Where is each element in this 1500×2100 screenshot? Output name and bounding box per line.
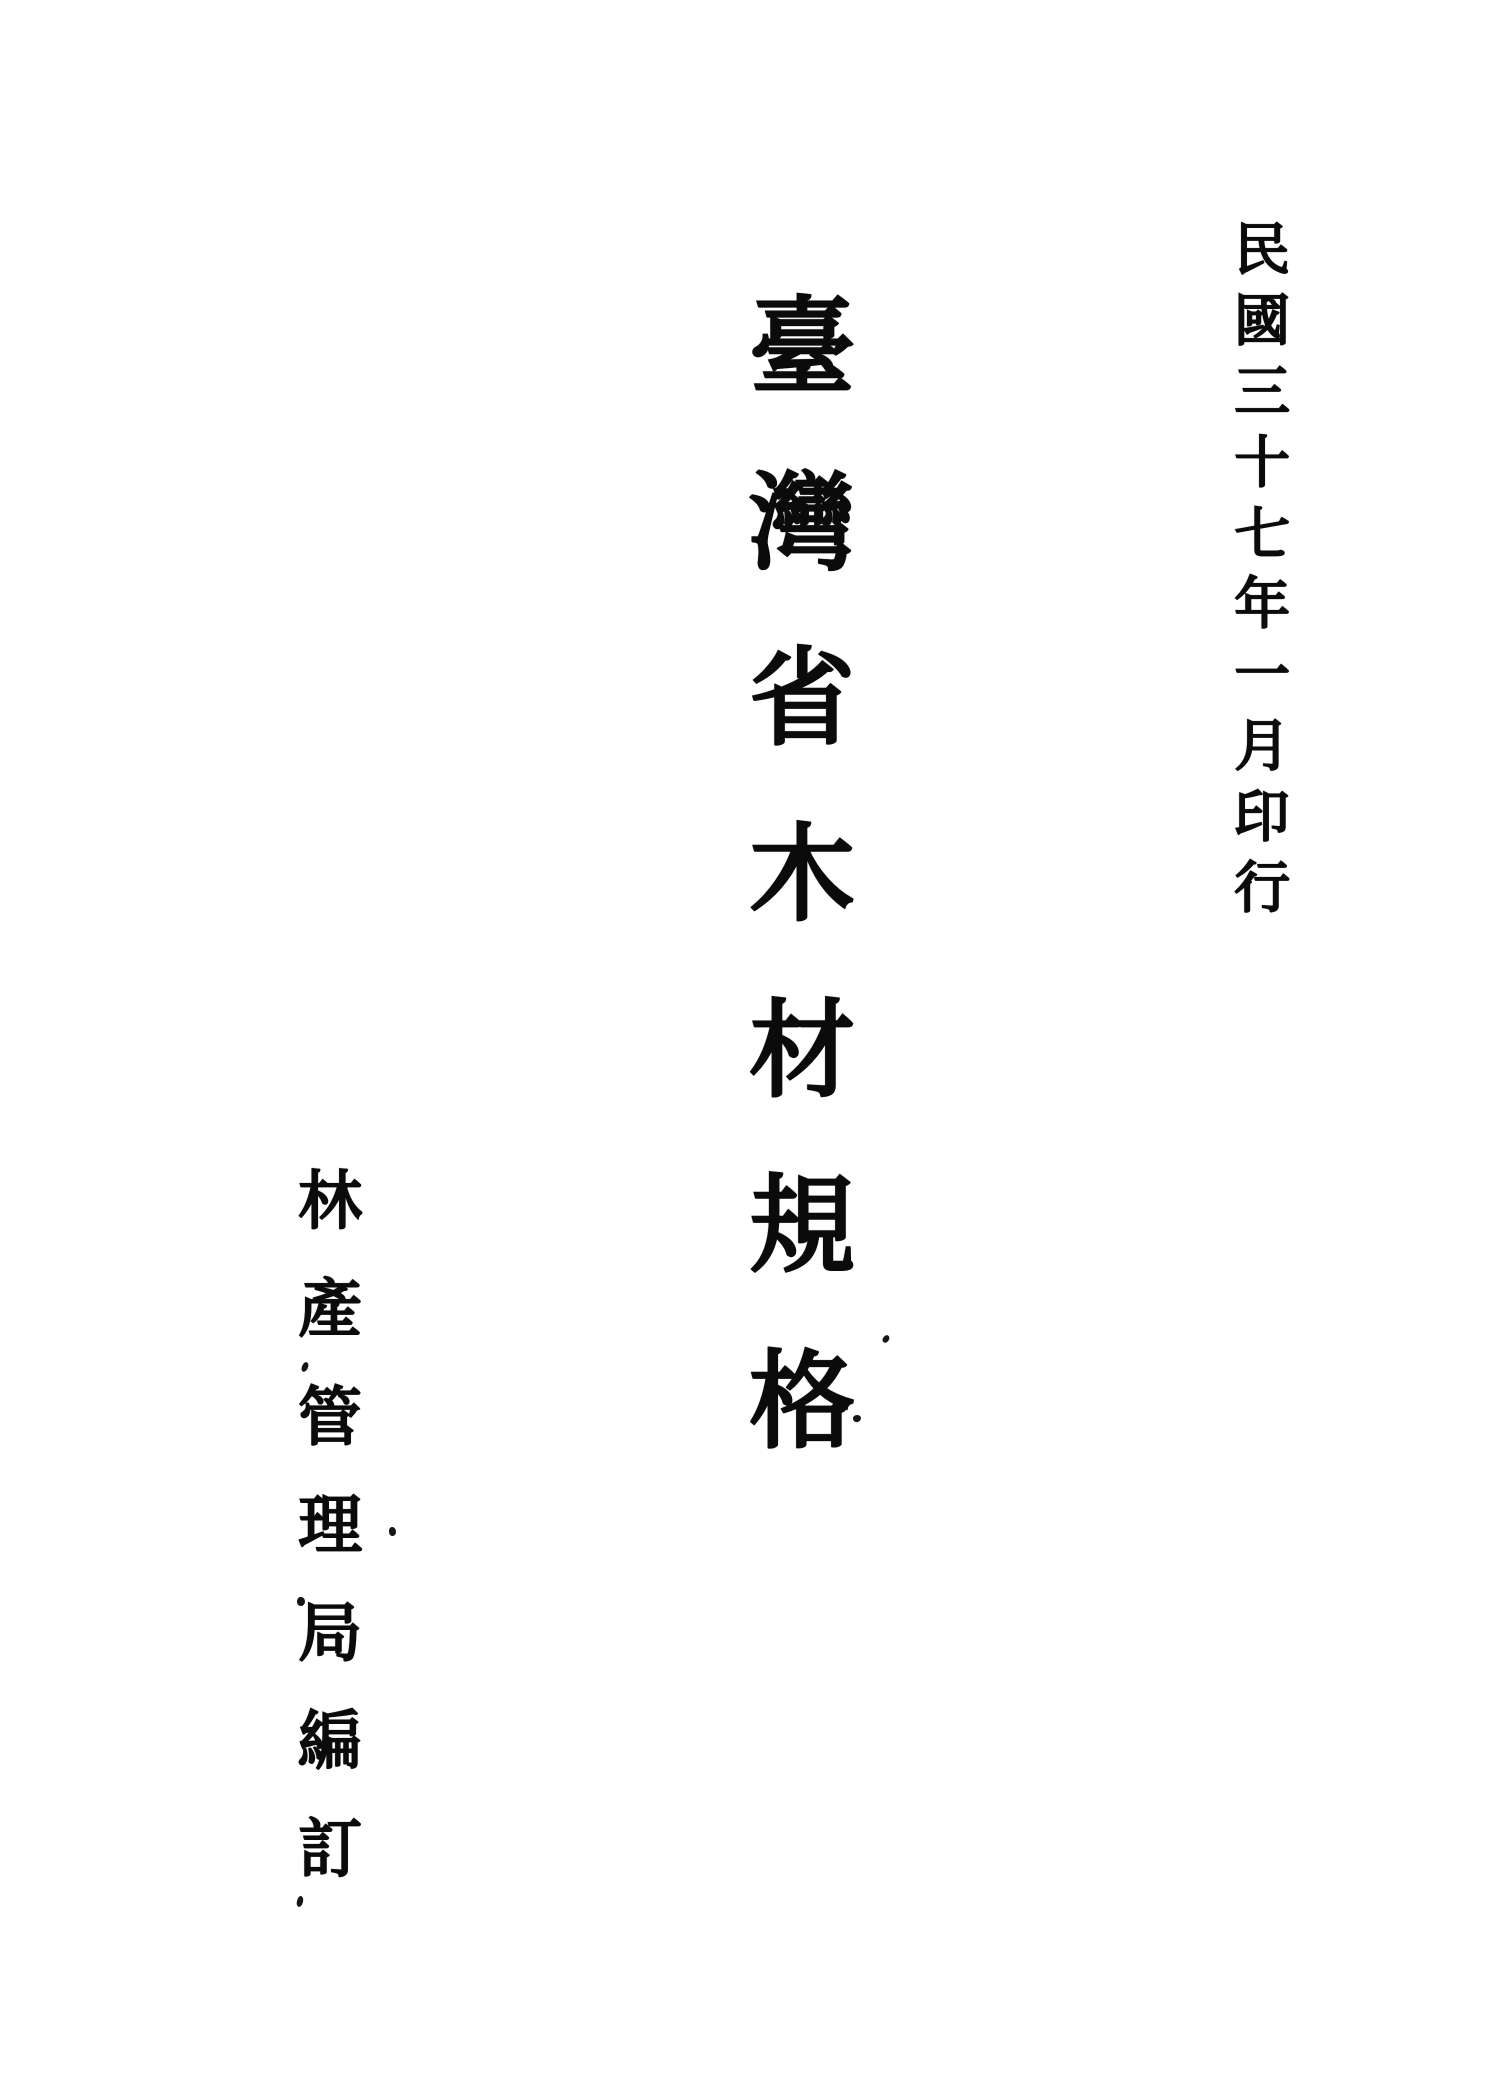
publication-date-column-char-5: 七 bbox=[1234, 507, 1290, 563]
publisher-column-char-1: 林 bbox=[298, 1170, 362, 1234]
publication-date-column-char-4: 十 bbox=[1234, 436, 1290, 492]
book-title-column-char-1: 臺 bbox=[749, 296, 855, 402]
publication-date-column-char-7: 一 bbox=[1234, 648, 1290, 704]
publication-date-column-char-9: 印 bbox=[1234, 790, 1290, 846]
book-title-column-char-4: 木 bbox=[749, 823, 855, 929]
publication-date-column-char-2: 國 bbox=[1234, 294, 1290, 350]
scan-speck-4 bbox=[389, 1527, 396, 1536]
publication-date-column: 民國三十七年一月印行 bbox=[1222, 223, 1302, 917]
publisher-column-char-3: 管 bbox=[298, 1386, 362, 1450]
publisher-column-char-4: 理 bbox=[298, 1494, 362, 1558]
book-title-column-char-7: 格 bbox=[749, 1350, 855, 1456]
publisher-column-char-6: 編 bbox=[298, 1710, 362, 1774]
scan-speck-1 bbox=[881, 1334, 891, 1344]
book-title-column-char-6: 規 bbox=[749, 1174, 855, 1280]
publication-date-column-char-1: 民 bbox=[1234, 223, 1290, 279]
publisher-column-char-5: 局 bbox=[298, 1602, 362, 1666]
book-title-column-char-2: 灣 bbox=[749, 472, 855, 578]
publisher-column-char-2: 產 bbox=[298, 1278, 362, 1342]
book-title-column-char-3: 省 bbox=[749, 647, 855, 753]
book-title-column-char-5: 材 bbox=[749, 999, 855, 1105]
publication-date-column-char-10: 行 bbox=[1234, 861, 1290, 917]
publication-date-column-char-6: 年 bbox=[1234, 577, 1290, 633]
scanned-page: 臺灣省木材規格 民國三十七年一月印行 林產管理局編訂 bbox=[0, 0, 1500, 2100]
book-title-column: 臺灣省木材規格 bbox=[742, 296, 862, 1456]
publisher-column-char-7: 訂 bbox=[298, 1818, 362, 1882]
publication-date-column-char-3: 三 bbox=[1234, 365, 1290, 421]
scan-speck-6 bbox=[296, 1895, 305, 1907]
publication-date-column-char-8: 月 bbox=[1234, 719, 1290, 775]
publisher-column: 林產管理局編訂 bbox=[284, 1170, 376, 1882]
